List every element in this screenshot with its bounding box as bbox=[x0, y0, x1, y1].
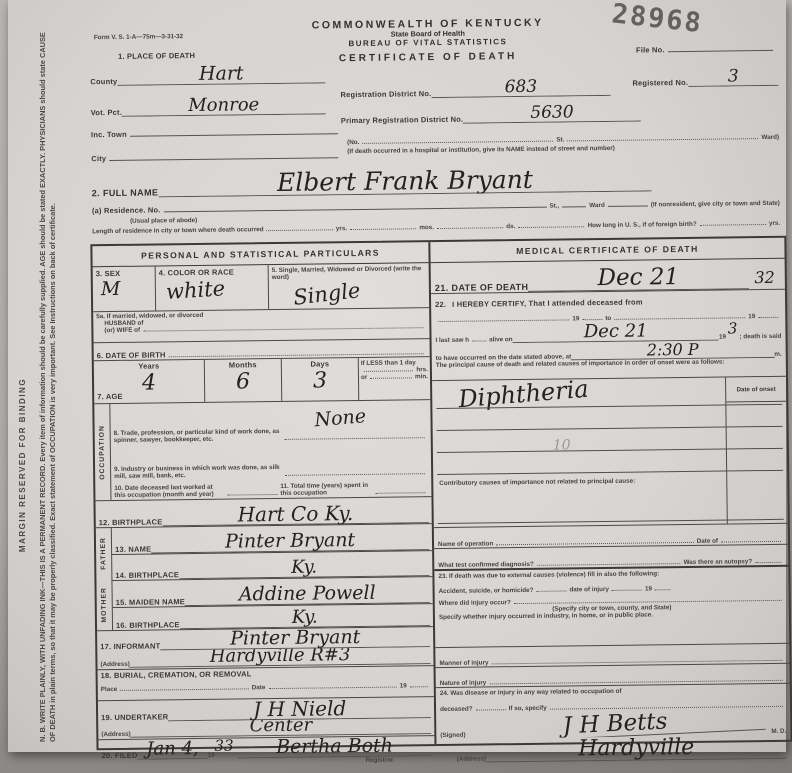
ds-label: ds. bbox=[506, 223, 515, 230]
blank-line bbox=[169, 351, 424, 357]
mother-name-row: 15. MAIDEN NAME Addine Powell bbox=[112, 577, 432, 608]
blank-line bbox=[476, 707, 506, 710]
undertaker-row: 19. UNDERTAKER J H Nield (Address) Cente… bbox=[98, 697, 434, 740]
ruled-line bbox=[437, 470, 783, 475]
min-label: min. bbox=[415, 373, 428, 380]
external-causes-block: 23. If death was due to external causes … bbox=[434, 567, 789, 648]
father-vertical-label: FATHER bbox=[100, 537, 107, 570]
accident-label: Accident, suicide, or homicide? bbox=[439, 587, 534, 595]
primary-registration-value: 5630 bbox=[463, 104, 641, 124]
blank-line bbox=[120, 686, 248, 691]
race-cell: 4. COLOR OR RACE white bbox=[156, 265, 270, 310]
blank-line bbox=[758, 315, 778, 318]
header-center: COMMONWEALTH OF KENTUCKY State Board of … bbox=[238, 16, 619, 66]
city-no-label: (No. bbox=[347, 139, 359, 146]
blank-line bbox=[668, 48, 773, 52]
injury-date-label: date of injury bbox=[569, 586, 609, 593]
sex-cell: 3. SEX M bbox=[93, 266, 157, 311]
md-label: M. D. bbox=[771, 728, 786, 735]
blank-line bbox=[375, 490, 425, 494]
blank-line bbox=[518, 224, 584, 228]
onset-header: Date of onset bbox=[726, 377, 786, 403]
blank-line bbox=[614, 315, 745, 320]
registration-district-label: Registration District No. bbox=[340, 89, 431, 99]
date-of-death-year: 32 bbox=[754, 268, 775, 287]
where-injury-label: Where did injury occur? bbox=[439, 599, 511, 607]
father-birthplace-label: 14. BIRTHPLACE bbox=[115, 570, 179, 580]
industry-row: 9. Industry or business in which work wa… bbox=[111, 442, 431, 482]
residence-label: (a) Residence. No. bbox=[92, 205, 161, 215]
father-name-label: 13. NAME bbox=[115, 545, 151, 554]
blank-line bbox=[536, 588, 566, 591]
mother-vertical-strip: MOTHER bbox=[96, 579, 112, 630]
certify-nineteen-2: 19 bbox=[748, 313, 755, 320]
age-less-cell: If LESS than 1 day hrs. or min. bbox=[359, 357, 431, 400]
filed-row: 20. FILED Jan 4, 19 33 Bertha Both Regis… bbox=[98, 736, 434, 760]
blank-line bbox=[537, 561, 681, 566]
primary-registration-row: Primary Registration District No. 5630 bbox=[341, 104, 641, 126]
burial-date-label: Date bbox=[252, 684, 266, 691]
last-saw-nineteen: 19 bbox=[719, 334, 726, 341]
mos-label: mos. bbox=[419, 224, 434, 231]
trade-label: 8. Trade, profession, or particular kind… bbox=[114, 428, 282, 444]
informant-row: 17. INFORMANT Pinter Bryant (Address) Ha… bbox=[97, 627, 433, 670]
physician-address-label: (Address) bbox=[457, 755, 486, 762]
blank-line bbox=[267, 227, 333, 231]
registration-district-value: 683 bbox=[431, 78, 610, 98]
date-of-death-label: 21. DATE OF DEATH bbox=[435, 282, 529, 293]
county-value: Hart bbox=[117, 63, 325, 86]
file-no-row: File No. bbox=[636, 44, 776, 55]
autopsy-label: Was there an autopsy? bbox=[684, 558, 753, 566]
age-days-cell: Days 3 bbox=[282, 358, 360, 401]
physician-address-value: Hardyville bbox=[486, 736, 787, 763]
informant-address-label: (Address) bbox=[100, 661, 129, 668]
dob-label: 6. DATE OF BIRTH bbox=[97, 350, 166, 360]
last-saw-pre: I last saw h bbox=[435, 337, 469, 344]
blank-line bbox=[608, 203, 648, 206]
contributory-text: Contributory causes of importance not re… bbox=[439, 477, 689, 488]
age-label: 7. AGE bbox=[97, 392, 123, 401]
registered-no-row: Registered No. 3 bbox=[632, 68, 778, 88]
inc-town-label: Inc. Town bbox=[91, 130, 127, 139]
certificate-paper: MARGIN RESERVED FOR BINDING N. B. WRITE … bbox=[8, 0, 786, 752]
blank-line bbox=[410, 684, 428, 687]
last-saw-year-value: 3 bbox=[728, 320, 738, 338]
husband-wife-row: 5a. If married, widowed, or divorced HUS… bbox=[93, 308, 429, 343]
residence-ward-label: Ward bbox=[589, 202, 605, 209]
certify-block: 22. I HEREBY CERTIFY, That I attended de… bbox=[431, 290, 786, 381]
father-birthplace-value: Ky. bbox=[179, 557, 430, 579]
precinct-value: Monroe bbox=[122, 95, 326, 116]
full-name-row: 2. FULL NAME Elbert Frank Bryant bbox=[91, 165, 651, 198]
foreign-birth-label: How long in U. S., if of foreign birth? bbox=[588, 221, 697, 229]
yrs-label-2: yrs. bbox=[769, 220, 780, 227]
registered-no-value: 3 bbox=[688, 68, 778, 87]
registrar-value: Bertha Both bbox=[237, 736, 431, 758]
ruled-line bbox=[437, 448, 783, 453]
certify-number: 22. bbox=[435, 300, 446, 309]
certificate-form: Form V. S. 1-A—75m—3-31-32 COMMONWEALTH … bbox=[87, 2, 792, 754]
occupation-vertical-label: OCCUPATION bbox=[99, 425, 107, 480]
blank-line bbox=[700, 222, 766, 226]
blank-line bbox=[438, 317, 569, 322]
residence-st-label: St., bbox=[549, 203, 559, 210]
blank-line bbox=[472, 338, 486, 341]
operation-label: Name of operation bbox=[438, 540, 493, 548]
yrs-label: yrs. bbox=[336, 225, 347, 232]
blank-line bbox=[582, 317, 602, 320]
sex-label: 3. SEX bbox=[93, 266, 155, 278]
mother-birthplace-label: 16. BIRTHPLACE bbox=[116, 620, 180, 630]
age-row: 7. AGE Years 4 Months 6 Days 3 If LESS t… bbox=[94, 357, 431, 404]
filed-date-value: Jan 4, bbox=[137, 740, 207, 760]
burial-year-label: 19 bbox=[400, 682, 407, 689]
operation-date-label: Date of bbox=[697, 538, 718, 545]
undertaker-address-label: (Address) bbox=[101, 731, 130, 738]
nature-label: Nature of injury bbox=[440, 679, 487, 687]
race-value: white bbox=[165, 273, 268, 304]
place-of-death-label: 1. PLACE OF DEATH bbox=[118, 51, 195, 61]
physician-signature: J H Betts bbox=[465, 709, 766, 739]
registration-district-row: Registration District No. 683 bbox=[340, 78, 610, 99]
total-time-label: 11. Total time (years) spent in this occ… bbox=[280, 482, 372, 497]
ruled-line bbox=[437, 426, 783, 431]
last-saw-date-value: Dec 21 bbox=[512, 322, 719, 344]
m-label: m. bbox=[774, 351, 781, 358]
death-said-text: ; death is said bbox=[739, 333, 781, 341]
sex-value: M bbox=[101, 277, 155, 300]
city-row: City bbox=[91, 151, 341, 163]
injury-nineteen: 19 bbox=[645, 585, 652, 592]
nonresident-note: (If nonresident, give city or town and S… bbox=[651, 200, 780, 209]
blank-line bbox=[655, 587, 671, 590]
mother-name-label: 15. MAIDEN NAME bbox=[116, 597, 185, 607]
ruled-line bbox=[438, 519, 784, 524]
time-of-death-value: 2:30 P bbox=[571, 341, 774, 360]
residence-row: (a) Residence. No. St., Ward (If nonresi… bbox=[92, 198, 780, 215]
blank-line bbox=[130, 131, 338, 137]
birthplace-row: 12. BIRTHPLACE Hart Co Ky. bbox=[95, 497, 431, 528]
blank-line bbox=[285, 435, 425, 440]
file-no-label: File No. bbox=[636, 45, 665, 54]
precinct-label: Vot. Pct. bbox=[91, 108, 122, 117]
medical-column: MEDICAL CERTIFICATE OF DEATH 21. DATE OF… bbox=[430, 238, 790, 744]
trade-row: 8. Trade, profession, or particular kind… bbox=[110, 400, 430, 446]
last-saw-mid: alive on bbox=[489, 336, 513, 343]
date-of-death-value: Dec 21 bbox=[528, 265, 748, 292]
blank-line bbox=[370, 375, 412, 379]
registrar-label: Registrar. bbox=[366, 757, 395, 764]
age-days-value: 3 bbox=[282, 368, 358, 394]
margin-binding-text: MARGIN RESERVED FOR BINDING bbox=[18, 320, 32, 610]
blank-line bbox=[109, 155, 338, 161]
blank-line bbox=[721, 539, 781, 543]
date-of-death-row: 21. DATE OF DEATH Dec 21 32 bbox=[431, 259, 785, 294]
full-name-value: Elbert Frank Bryant bbox=[158, 165, 652, 197]
scan-background: MARGIN RESERVED FOR BINDING N. B. WRITE … bbox=[0, 0, 792, 773]
birthplace-label: 12. BIRTHPLACE bbox=[99, 517, 163, 527]
deceased-label: deceased? bbox=[440, 706, 473, 713]
city-label: City bbox=[91, 154, 106, 163]
industry-label: 9. Industry or business in which work wa… bbox=[114, 464, 282, 480]
blank-line bbox=[437, 225, 503, 229]
age-years-cell: 7. AGE Years 4 bbox=[94, 360, 206, 403]
burial-row: 18. BURIAL, CREMATION, OR REMOVAL Place … bbox=[98, 666, 434, 701]
blank-line bbox=[350, 226, 416, 230]
blank-line bbox=[567, 136, 758, 141]
blank-line bbox=[362, 139, 553, 144]
blank-line bbox=[496, 540, 693, 545]
blank-line bbox=[268, 685, 396, 690]
blank-line bbox=[164, 205, 547, 213]
main-form-box: PERSONAL AND STATISTICAL PARTICULARS 3. … bbox=[90, 236, 792, 750]
length-label: Length of residence in city or town wher… bbox=[92, 226, 264, 235]
birthplace-value: Hart Co Ky. bbox=[162, 502, 429, 526]
primary-registration-label: Primary Registration District No. bbox=[341, 115, 464, 125]
manner-label: Manner of injury bbox=[439, 659, 488, 667]
precinct-row: Vot. Pct. Monroe bbox=[91, 95, 326, 117]
father-birthplace-row: 14. BIRTHPLACE Ky. bbox=[112, 551, 432, 581]
filed-label: 20. FILED bbox=[102, 751, 138, 760]
blank-line bbox=[755, 560, 781, 563]
father-name-value: Pinter Bryant bbox=[151, 530, 429, 553]
occupation-block: OCCUPATION 8. Trade, profession, or part… bbox=[94, 400, 431, 501]
sex-race-marital-row: 3. SEX M 4. COLOR OR RACE white 5. Singl… bbox=[93, 263, 430, 312]
age-months-value: 6 bbox=[205, 369, 281, 395]
cause-of-death-block: Date of onset Diphtheria 10 Contributory… bbox=[432, 377, 788, 528]
blank-line bbox=[285, 471, 425, 476]
marital-cell: 5. Single, Married, Widowed or Divorced … bbox=[269, 263, 430, 309]
mother-birthplace-value: Ky. bbox=[179, 607, 430, 629]
trade-value: None bbox=[314, 405, 367, 431]
abode-note: (Usual place of abode) bbox=[130, 217, 197, 225]
mother-vertical-label: MOTHER bbox=[101, 587, 108, 623]
city-st-label: St. bbox=[556, 136, 564, 143]
last-worked-label: 10. Date deceased last worked at this oc… bbox=[114, 484, 224, 499]
city-note-block: (No. St. Ward) (If death occurred in a h… bbox=[347, 134, 779, 155]
blank-line bbox=[562, 204, 586, 207]
informant-address-value: Hardyville R#3 bbox=[130, 647, 431, 668]
county-row: County Hart bbox=[90, 63, 325, 86]
county-label: County bbox=[90, 77, 117, 86]
personal-column: PERSONAL AND STATISTICAL PARTICULARS 3. … bbox=[92, 242, 436, 748]
undertaker-address-value: Center bbox=[131, 718, 432, 738]
registered-no-label: Registered No. bbox=[632, 78, 688, 88]
occupation-relation-block: 24. Was disease or injury in any way rel… bbox=[436, 684, 791, 765]
inc-town-row: Inc. Town bbox=[91, 127, 341, 139]
margin-note-text: N. B. WRITE PLAINLY, WITH UNFADING INK—T… bbox=[38, 30, 82, 742]
parents-block: FATHER MOTHER 13. NAME Pinter Bryant 14.… bbox=[96, 524, 433, 631]
father-name-row: 13. NAME Pinter Bryant bbox=[112, 524, 432, 555]
father-vertical-strip: FATHER bbox=[96, 528, 112, 579]
filed-nineteen: 19 bbox=[208, 752, 215, 759]
mother-birthplace-row: 16. BIRTHPLACE Ky. bbox=[113, 604, 433, 630]
city-ward-label: Ward) bbox=[761, 134, 779, 141]
blank-line bbox=[227, 492, 277, 496]
full-name-label: 2. FULL NAME bbox=[92, 187, 159, 198]
certify-nineteen-1: 19 bbox=[572, 315, 579, 322]
mother-name-value: Addine Powell bbox=[185, 583, 430, 606]
filed-year-value: 33 bbox=[214, 737, 233, 755]
form-number: Form V. S. 1-A—75m—3-31-32 bbox=[94, 33, 183, 41]
if-so-label: If so, specify bbox=[509, 705, 547, 712]
burial-place-label: Place bbox=[101, 686, 118, 693]
signed-label: (Signed) bbox=[440, 732, 465, 739]
age-months-cell: Months 6 bbox=[205, 359, 283, 402]
diagnosis-label: What test confirmed diagnosis? bbox=[438, 561, 534, 569]
husband-label-3: (or) WIFE of bbox=[104, 327, 140, 334]
certificate-stamp-number: 28968 bbox=[610, 0, 704, 39]
blank-line bbox=[143, 325, 423, 331]
blank-line bbox=[612, 587, 642, 590]
blank-line bbox=[364, 368, 413, 372]
or-label: or bbox=[361, 374, 367, 381]
occupation-vertical-strip: OCCUPATION bbox=[94, 404, 111, 500]
